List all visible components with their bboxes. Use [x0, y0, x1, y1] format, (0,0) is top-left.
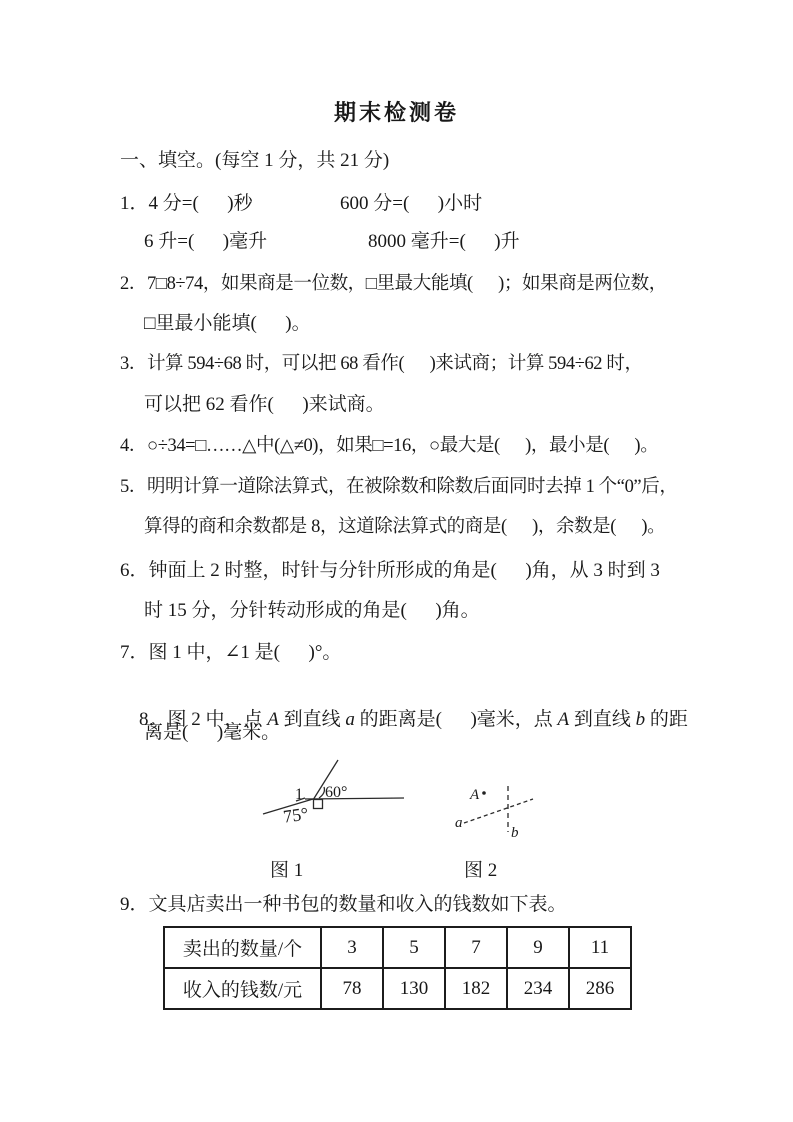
math-var-line-b: b: [636, 709, 646, 730]
math-var-point-A: A: [558, 709, 570, 730]
q3-line1: 3．计算 594÷68 时，可以把 68 看作( )来试商；计算 594÷62 …: [120, 352, 643, 377]
q3-line2: 可以把 62 看作( )来试商。: [144, 392, 385, 417]
table-value-cell: 11: [569, 927, 631, 968]
table-value-cell: 130: [383, 968, 445, 1009]
q8-text-part: 的距离是( )毫米，点: [355, 709, 558, 730]
q8-text-part: 的距: [645, 709, 688, 730]
table-row-income: 收入的钱数/元 78 130 182 234 286: [164, 968, 631, 1009]
q8-text-part: 到直线: [279, 709, 346, 730]
q9-line1: 9．文具店卖出一种书包的数量和收入的钱数如下表。: [120, 892, 567, 917]
fig2-line-b-label: b: [511, 825, 519, 841]
q1-line2-left: 6 升=( )毫升: [144, 229, 267, 254]
fig2-point-a-label: A: [469, 787, 480, 803]
fig1-angle1-label: 1: [295, 786, 303, 803]
q6-line2: 时 15 分，分针转动形成的角是( )角。: [144, 598, 480, 623]
figure1-angle-diagram: 1 60° 75°: [251, 748, 416, 848]
exam-paper-page: 期末检测卷 一、填空。(每空 1 分，共 21 分) 1．4 分=( )秒 60…: [0, 0, 793, 1122]
table-value-cell: 234: [507, 968, 569, 1009]
table-value-cell: 9: [507, 927, 569, 968]
section-heading: 一、填空。(每空 1 分，共 21 分): [120, 148, 389, 173]
q2-line1: 2．7□8÷74，如果商是一位数，□里最大能填( )；如果商是两位数，: [120, 272, 667, 297]
fig1-75deg-label: 75°: [282, 803, 310, 826]
q6-line1: 6．钟面上 2 时整，时针与分针所形成的角是( )角，从 3 时到 3: [120, 558, 660, 583]
q5-line2: 算得的商和余数都是 8，这道除法算式的商是( )，余数是( )。: [144, 515, 665, 540]
q1-line1-right: 600 分=( )小时: [340, 191, 482, 216]
q5-line1: 5．明明计算一道除法算式，在被除数和除数后面同时去掉 1 个“0”后，: [120, 475, 677, 500]
sales-data-table: 卖出的数量/个 3 5 7 9 11 收入的钱数/元 78 130 182 23…: [163, 926, 632, 1010]
figure2-distance-diagram: A a b: [440, 763, 555, 843]
q2-line2: □里最小能填( )。: [144, 311, 311, 336]
page-title: 期末检测卷: [0, 96, 793, 127]
table-value-cell: 182: [445, 968, 507, 1009]
fig2-line-a-label: a: [455, 815, 463, 831]
table-header-cell: 卖出的数量/个: [164, 927, 321, 968]
figure2-caption: 图 2: [464, 855, 497, 882]
table-row-quantity: 卖出的数量/个 3 5 7 9 11: [164, 927, 631, 968]
table-value-cell: 286: [569, 968, 631, 1009]
fig1-60deg-label: 60°: [325, 784, 347, 801]
math-var-line-a: a: [345, 709, 355, 730]
table-value-cell: 7: [445, 927, 507, 968]
q4-line1: 4．○÷34=□……△中(△≠0)，如果□=16，○最大是( )，最小是( )。: [120, 434, 658, 459]
fig1-right-angle-mark: [314, 800, 323, 809]
table-value-cell: 5: [383, 927, 445, 968]
q8-line2: 离是( )毫米。: [144, 720, 280, 745]
q1-line2-right: 8000 毫升=( )升: [368, 229, 520, 254]
figure1-caption: 图 1: [270, 855, 303, 882]
table-value-cell: 78: [321, 968, 383, 1009]
q7-line1: 7．图 1 中，∠1 是( )°。: [120, 640, 341, 665]
q1-line1-left: 1．4 分=( )秒: [120, 191, 253, 216]
table-header-cell: 收入的钱数/元: [164, 968, 321, 1009]
fig2-point-a-dot: [482, 791, 486, 795]
table-value-cell: 3: [321, 927, 383, 968]
q8-text-part: 到直线: [569, 709, 636, 730]
